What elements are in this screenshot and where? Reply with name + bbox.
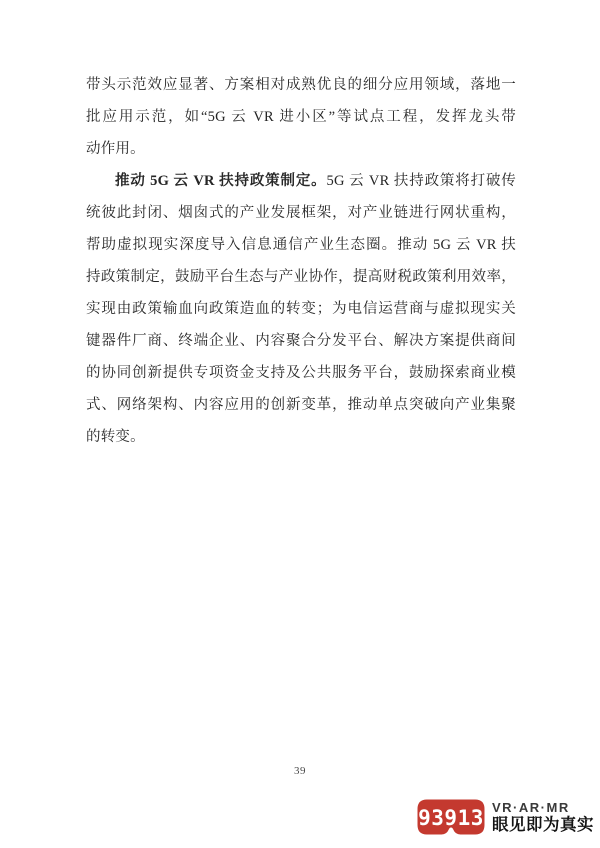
- vr-goggles-icon: 93913: [417, 799, 485, 836]
- tagline-slogan: 眼见即为真实: [492, 817, 594, 834]
- text-line: 实现由政策输血向政策造血的转变；为电信运营商与虚拟现实关: [86, 293, 516, 325]
- text-line: 式、网络架构、内容应用的创新变革，推动单点突破向产业集聚: [86, 389, 516, 421]
- watermark-taglines: VR·AR·MR 眼见即为真实: [492, 801, 594, 834]
- text-line: 统彼此封闭、烟囱式的产业发展框架，对产业链进行网状重构，: [86, 197, 516, 229]
- text-line: 推动 5G 云 VR 扶持政策制定。5G 云 VR 扶持政策将打破传: [86, 165, 516, 197]
- text-line: 的转变。: [86, 421, 516, 453]
- text-line: 持政策制定，鼓励平台生态与产业协作，提高财税政策利用效率，: [86, 261, 516, 293]
- tagline-vr-ar-mr: VR·AR·MR: [492, 801, 594, 815]
- text-line: 带头示范效应显著、方案相对成熟优良的细分应用领域，落地一: [86, 69, 516, 101]
- text-line: 帮助虚拟现实深度导入信息通信产业生态圈。推动 5G 云 VR 扶: [86, 229, 516, 261]
- logo-digits: 93913: [418, 806, 484, 830]
- body-text: 带头示范效应显著、方案相对成熟优良的细分应用领域，落地一 批应用示范，如“5G …: [86, 69, 516, 453]
- watermark-logo: 93913 VR·AR·MR 眼见即为真实: [417, 799, 594, 836]
- document-page: 带头示范效应显著、方案相对成熟优良的细分应用领域，落地一 批应用示范，如“5G …: [0, 0, 600, 848]
- text-line: 的协同创新提供专项资金支持及公共服务平台，鼓励探索商业模: [86, 357, 516, 389]
- text-line: 批应用示范，如“5G 云 VR 进小区”等试点工程，发挥龙头带: [86, 101, 516, 133]
- paragraph-lead-rest: 5G 云 VR 扶持政策将打破传: [327, 173, 516, 189]
- text-line: 键器件厂商、终端企业、内容聚合分发平台、解决方案提供商间: [86, 325, 516, 357]
- paragraph-lead-bold: 推动 5G 云 VR 扶持政策制定。: [115, 173, 327, 189]
- text-line: 动作用。: [86, 133, 516, 165]
- page-number: 39: [0, 765, 600, 777]
